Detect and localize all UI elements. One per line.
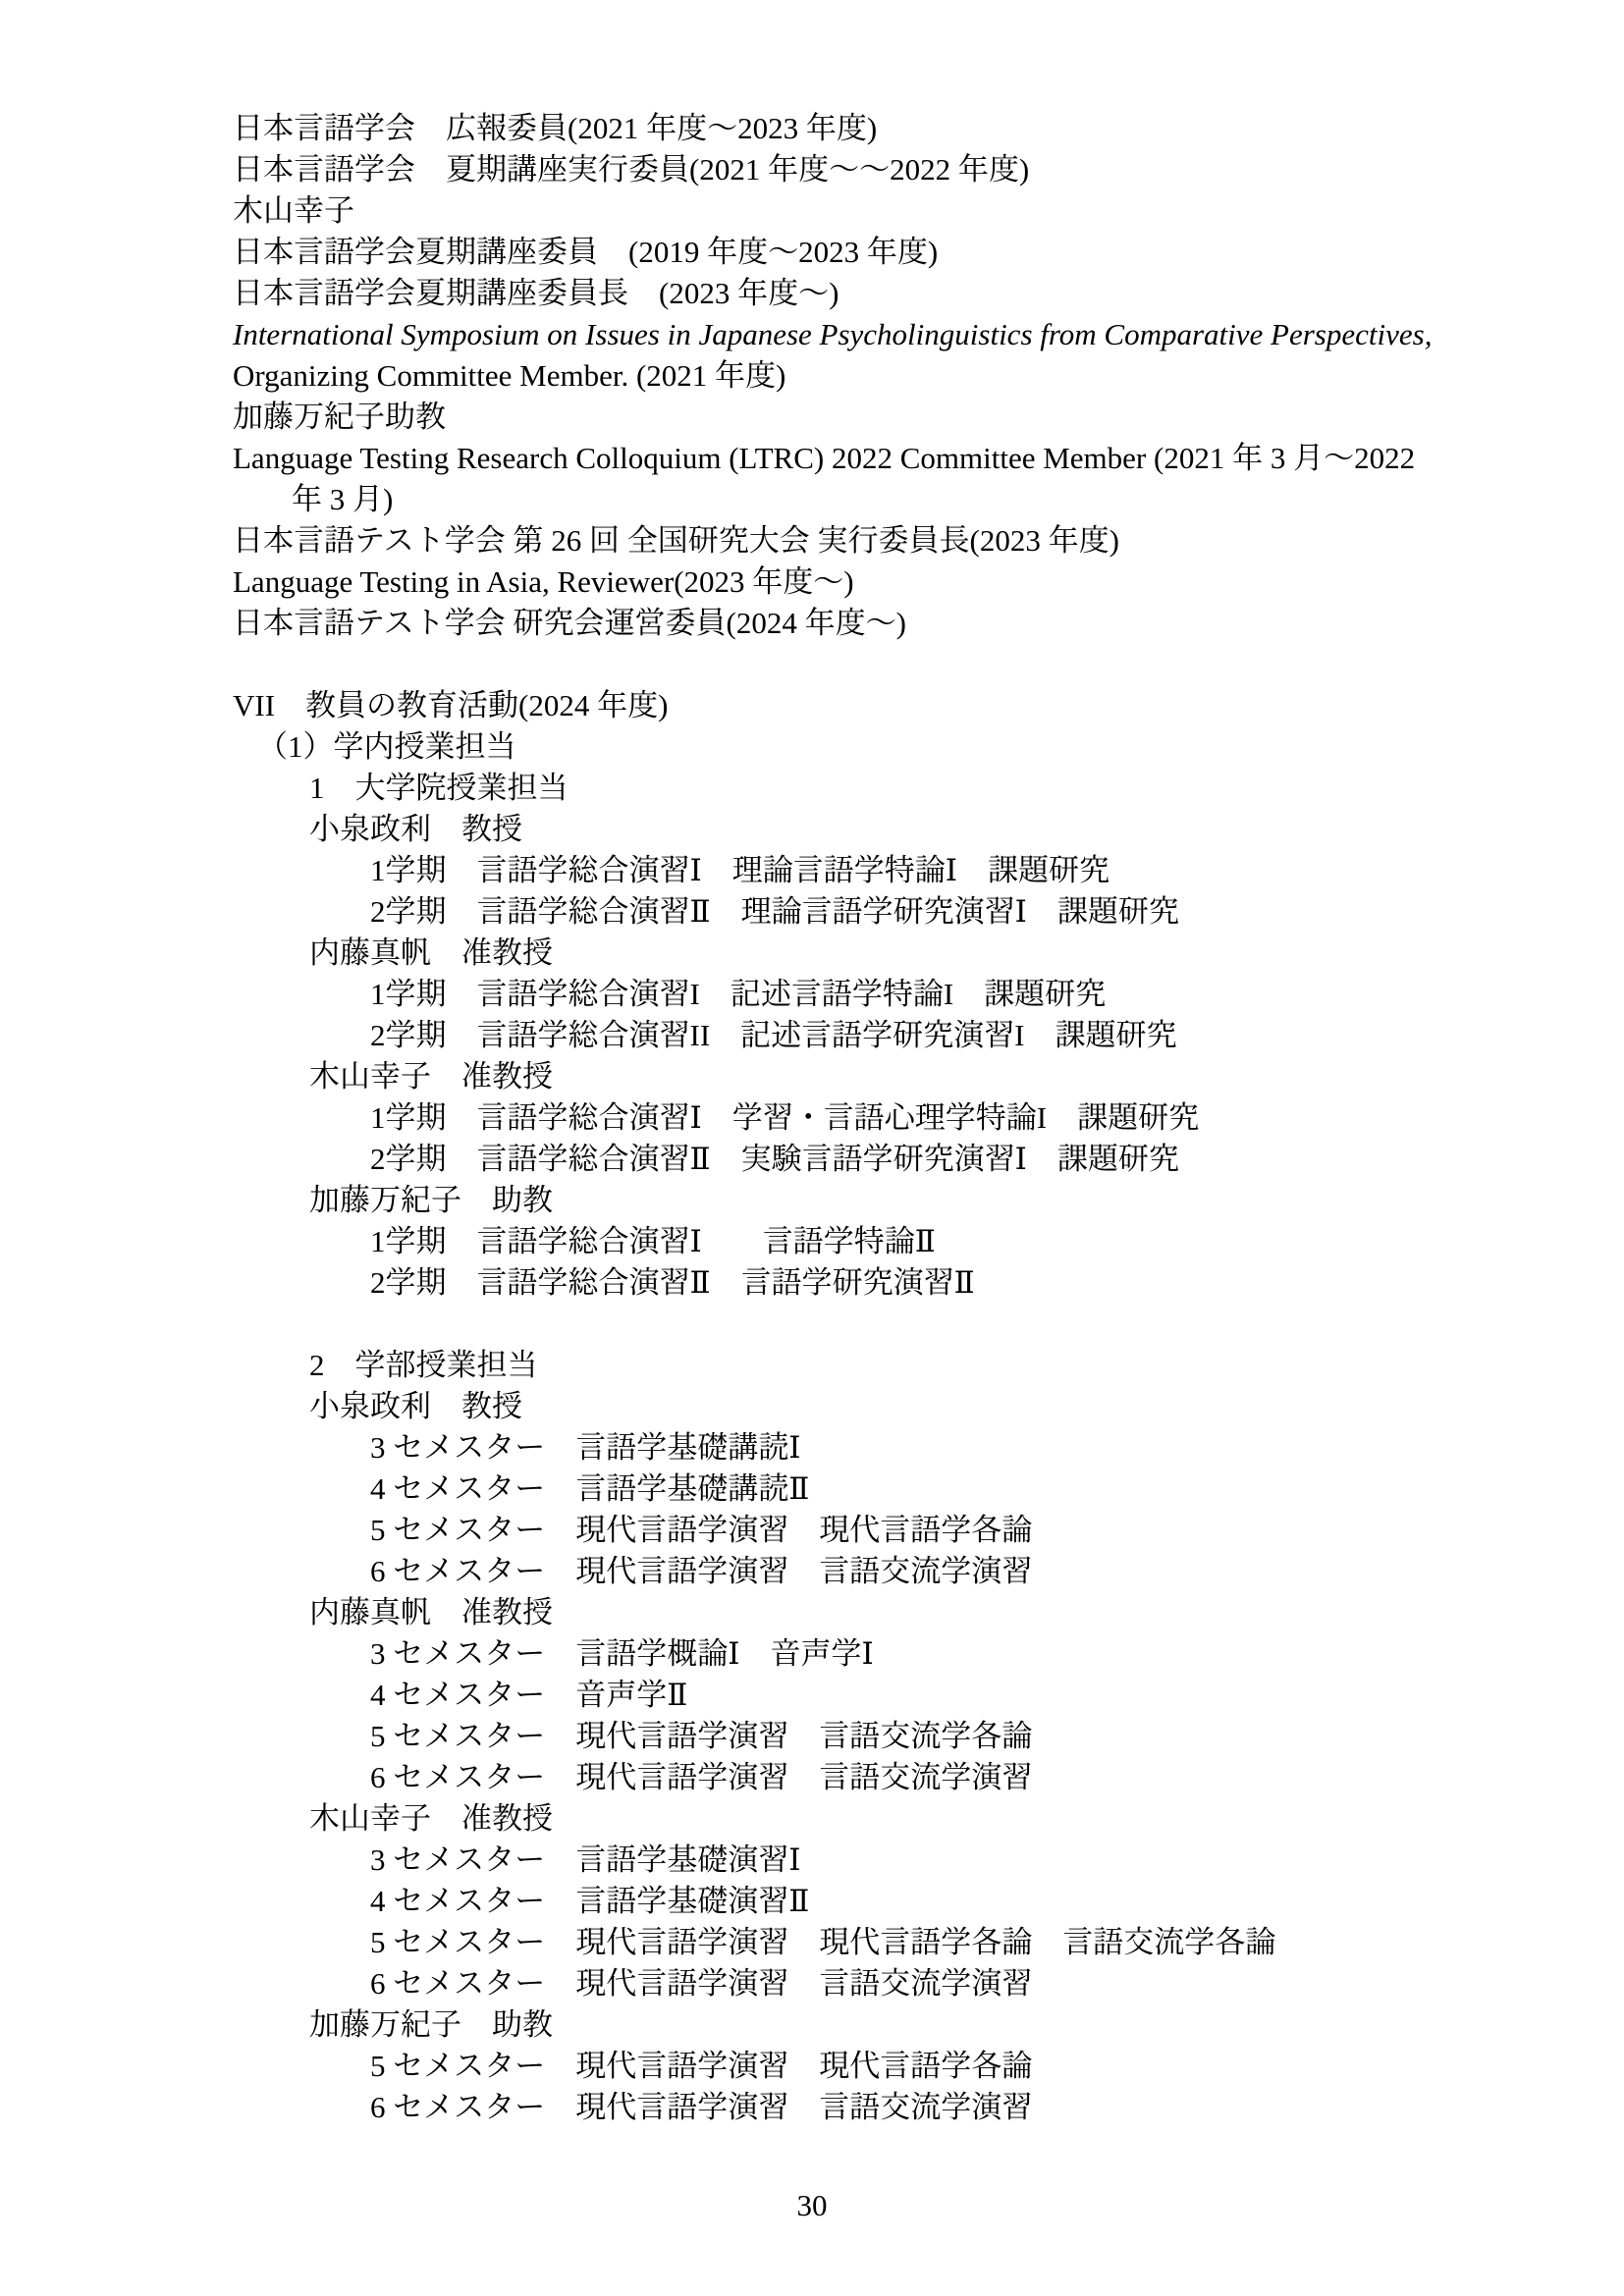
- text-line: 日本言語学会 夏期講座実行委員(2021 年度～～2022 年度): [233, 149, 1432, 190]
- text-line: 4 セメスター 言語学基礎演習Ⅱ: [370, 1881, 1432, 1922]
- text-line: 日本言語学会夏期講座委員長 (2023 年度～): [233, 273, 1432, 314]
- text-line: 5 セメスター 現代言語学演習 現代言語学各論: [370, 1510, 1432, 1551]
- text-line: 日本言語テスト学会 研究会運営委員(2024 年度～): [233, 603, 1432, 644]
- text-line: （1）学内授業担当: [257, 726, 1432, 768]
- text-line: 2学期 言語学総合演習Ⅱ 理論言語学研究演習Ⅰ 課題研究: [370, 891, 1432, 933]
- text-line: International Symposium on Issues in Jap…: [233, 314, 1432, 355]
- text-line: 木山幸子: [233, 190, 1432, 232]
- text-line: 加藤万紀子 助教: [309, 1180, 1432, 1221]
- text-line: 6 セメスター 現代言語学演習 言語交流学演習: [370, 1757, 1432, 1798]
- text-line: 2学期 言語学総合演習Ⅱ 言語学研究演習Ⅱ: [370, 1262, 1432, 1304]
- text-line: Language Testing in Asia, Reviewer(2023 …: [233, 561, 1432, 603]
- text-line: 5 セメスター 現代言語学演習 現代言語学各論 言語交流学各論: [370, 1922, 1432, 1963]
- text-line: 小泉政利 教授: [309, 1386, 1432, 1427]
- text-line: 日本言語学会 広報委員(2021 年度～2023 年度): [233, 108, 1432, 149]
- document-body: 日本言語学会 広報委員(2021 年度～2023 年度)日本言語学会 夏期講座実…: [233, 108, 1432, 2128]
- text-line: 日本言語テスト学会 第 26 回 全国研究大会 実行委員長(2023 年度): [233, 520, 1432, 561]
- text-line: 1学期 言語学総合演習Ⅰ 理論言語学特論Ⅰ 課題研究: [370, 850, 1432, 891]
- text-line: Language Testing Research Colloquium (LT…: [233, 438, 1432, 479]
- text-line: 3 セメスター 言語学基礎演習Ⅰ: [370, 1840, 1432, 1881]
- text-line: 1学期 言語学総合演習I 記述言語学特論I 課題研究: [370, 974, 1432, 1015]
- text-line: 2学期 言語学総合演習II 記述言語学研究演習I 課題研究: [370, 1015, 1432, 1056]
- spacer-line: [233, 1304, 1432, 1345]
- text-line: 内藤真帆 准教授: [309, 933, 1432, 974]
- text-line: 3 セメスター 言語学概論Ⅰ 音声学Ⅰ: [370, 1633, 1432, 1675]
- text-line: 小泉政利 教授: [309, 809, 1432, 850]
- text-line: 6 セメスター 現代言語学演習 言語交流学演習: [370, 1963, 1432, 2004]
- text-line: 2 学部授業担当: [309, 1345, 1432, 1386]
- text-line: 木山幸子 准教授: [309, 1798, 1432, 1840]
- text-line: 5 セメスター 現代言語学演習 現代言語学各論: [370, 2046, 1432, 2087]
- text-line: 4 セメスター 音声学Ⅱ: [370, 1675, 1432, 1716]
- spacer-line: [233, 644, 1432, 685]
- text-line: 3 セメスター 言語学基礎講読Ⅰ: [370, 1427, 1432, 1468]
- text-line: 6 セメスター 現代言語学演習 言語交流学演習: [370, 1551, 1432, 1592]
- document-page: 日本言語学会 広報委員(2021 年度～2023 年度)日本言語学会 夏期講座実…: [0, 0, 1624, 2296]
- text-line: Organizing Committee Member. (2021 年度): [233, 355, 1432, 397]
- text-line: 木山幸子 准教授: [309, 1056, 1432, 1097]
- text-line: 1学期 言語学総合演習Ⅰ 言語学特論Ⅱ: [370, 1221, 1432, 1262]
- text-line: 2学期 言語学総合演習Ⅱ 実験言語学研究演習Ⅰ 課題研究: [370, 1139, 1432, 1180]
- text-line: 内藤真帆 准教授: [309, 1592, 1432, 1633]
- text-line: 年 3 月): [292, 479, 1432, 520]
- text-line: 5 セメスター 現代言語学演習 言語交流学各論: [370, 1716, 1432, 1757]
- text-line: 6 セメスター 現代言語学演習 言語交流学演習: [370, 2087, 1432, 2128]
- text-line: VII 教員の教育活動(2024 年度): [233, 685, 1432, 726]
- text-line: 日本言語学会夏期講座委員 (2019 年度～2023 年度): [233, 232, 1432, 273]
- text-line: 1 大学院授業担当: [309, 768, 1432, 809]
- text-line: 加藤万紀子助教: [233, 397, 1432, 438]
- text-line: 4 セメスター 言語学基礎講読Ⅱ: [370, 1468, 1432, 1510]
- text-line: 1学期 言語学総合演習Ⅰ 学習・言語心理学特論I 課題研究: [370, 1097, 1432, 1139]
- text-line: 加藤万紀子 助教: [309, 2004, 1432, 2046]
- page-number: 30: [0, 2185, 1624, 2226]
